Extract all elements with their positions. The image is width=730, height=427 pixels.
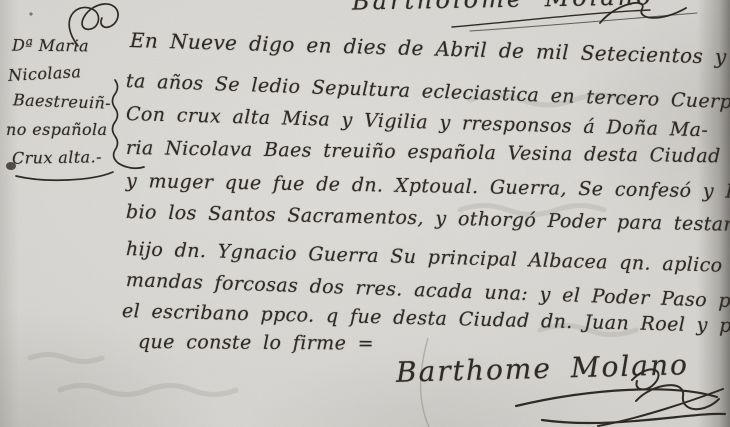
manuscript-line: bio los Santos Sacramentos, y othorgó Po… (126, 201, 730, 238)
margin-note-line: no española (6, 120, 107, 139)
manuscript-page: Bartholome Molano Dª Maria Nicolasa Baes… (0, 0, 730, 427)
signature-flourish-4 (598, 389, 723, 426)
manuscript-line: que conste lo firme = (138, 331, 374, 355)
top-flourish-slash (470, 13, 697, 31)
manuscript-line: ria Nicolava Baes treuiño española Vesin… (126, 137, 721, 168)
margin-note-line: Dª Maria (12, 36, 89, 56)
bottom-signature: Barthome Molano (396, 348, 690, 389)
signature-flourish-1 (516, 389, 717, 406)
margin-note-line: Baestreuiñ- (13, 90, 112, 112)
manuscript-line: y muger que fue de dn. Xptoual. Guerra, … (126, 170, 730, 204)
margin-underline (16, 172, 113, 180)
top-signature-partial: Bartholome Molano (352, 0, 654, 16)
margin-note-line: Nicolasa (8, 62, 82, 85)
margin-note-line: Crux alta.- (12, 147, 102, 168)
ink-speck (29, 12, 32, 15)
signature-flourish-2 (542, 414, 725, 423)
manuscript-line: En Nueve digo en dies de Abril de mil Se… (130, 28, 730, 71)
signature-flourish-3 (636, 385, 719, 409)
